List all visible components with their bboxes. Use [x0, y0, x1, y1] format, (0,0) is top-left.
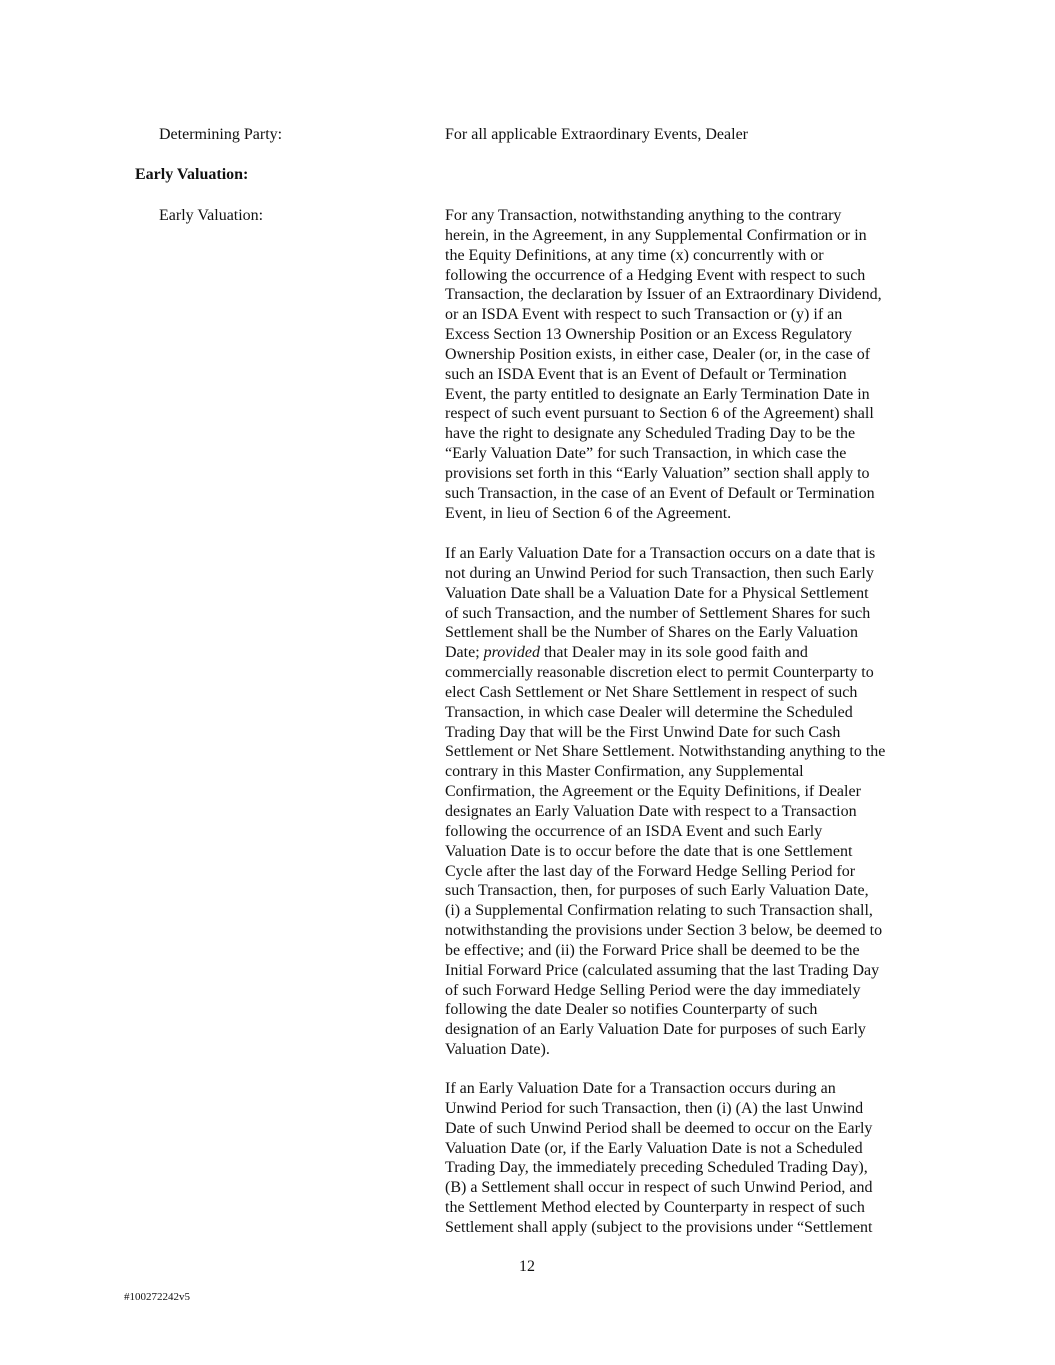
text-line: For any Transaction, notwithstanding any…: [445, 206, 935, 226]
text-line: Ownership Position exists, in either cas…: [445, 345, 935, 365]
text-line: not during an Unwind Period for such Tra…: [445, 564, 935, 584]
text-line: such Transaction, in the case of an Even…: [445, 484, 935, 504]
text-line: commercially reasonable discretion elect…: [445, 663, 935, 683]
early-valuation-label: Early Valuation:: [159, 206, 263, 226]
text-line: Initial Forward Price (calculated assumi…: [445, 961, 935, 981]
document-id: #100272242v5: [124, 1290, 190, 1304]
text-line: such Transaction, then, for purposes of …: [445, 881, 935, 901]
text-line: “Early Valuation Date” for such Transact…: [445, 444, 935, 464]
text-line: Valuation Date is to occur before the da…: [445, 842, 935, 862]
text-line: Event, in lieu of Section 6 of the Agree…: [445, 504, 935, 524]
text-line: following the date Dealer so notifies Co…: [445, 1000, 935, 1020]
document-page: Determining Party: For all applicable Ex…: [0, 0, 1055, 1365]
text-line: Confirmation, the Agreement or the Equit…: [445, 782, 935, 802]
text-line: Cycle after the last day of the Forward …: [445, 862, 935, 882]
page-number: 12: [519, 1257, 535, 1277]
text-fragment: Date;: [445, 644, 484, 661]
text-line: Trading Day that will be the First Unwin…: [445, 723, 935, 743]
text-line: the Equity Definitions, at any time (x) …: [445, 246, 935, 266]
text-line: Settlement shall apply (subject to the p…: [445, 1218, 935, 1238]
text-line: be effective; and (ii) the Forward Price…: [445, 941, 935, 961]
text-fragment: that Dealer may in its sole good faith a…: [540, 644, 808, 661]
text-line: provisions set forth in this “Early Valu…: [445, 464, 935, 484]
text-line: of such Transaction, and the number of S…: [445, 604, 935, 624]
text-line: of such Forward Hedge Selling Period wer…: [445, 981, 935, 1001]
text-line: Transaction, the declaration by Issuer o…: [445, 285, 935, 305]
text-line: the Settlement Method elected by Counter…: [445, 1198, 935, 1218]
early-valuation-paragraph-3: If an Early Valuation Date for a Transac…: [445, 1079, 935, 1238]
text-line: herein, in the Agreement, in any Supplem…: [445, 226, 935, 246]
text-line: elect Cash Settlement or Net Share Settl…: [445, 683, 935, 703]
text-line: Unwind Period for such Transaction, then…: [445, 1099, 935, 1119]
early-valuation-paragraph-2: If an Early Valuation Date for a Transac…: [445, 544, 935, 1060]
text-line: Valuation Date shall be a Valuation Date…: [445, 584, 935, 604]
text-line: Transaction, in which case Dealer will d…: [445, 703, 935, 723]
text-line: following the occurrence of a Hedging Ev…: [445, 266, 935, 286]
text-line: designates an Early Valuation Date with …: [445, 802, 935, 822]
text-line: respect of such event pursuant to Sectio…: [445, 404, 935, 424]
section-heading-early-valuation: Early Valuation:: [135, 165, 248, 185]
text-line: (B) a Settlement shall occur in respect …: [445, 1178, 935, 1198]
determining-party-value: For all applicable Extraordinary Events,…: [445, 125, 748, 145]
text-line: contrary in this Master Confirmation, an…: [445, 762, 935, 782]
text-line: Settlement shall be the Number of Shares…: [445, 623, 935, 643]
text-line: notwithstanding the provisions under Sec…: [445, 921, 935, 941]
text-line: such an ISDA Event that is an Event of D…: [445, 365, 935, 385]
text-line: (i) a Supplemental Confirmation relating…: [445, 901, 935, 921]
text-line: designation of an Early Valuation Date f…: [445, 1020, 935, 1040]
text-line: have the right to designate any Schedule…: [445, 424, 935, 444]
text-line: Excess Section 13 Ownership Position or …: [445, 325, 935, 345]
text-line: Trading Day, the immediately preceding S…: [445, 1158, 935, 1178]
text-line: If an Early Valuation Date for a Transac…: [445, 544, 935, 564]
text-line: Settlement or Net Share Settlement. Notw…: [445, 742, 935, 762]
text-line: If an Early Valuation Date for a Transac…: [445, 1079, 935, 1099]
determining-party-label: Determining Party:: [159, 125, 282, 145]
text-line: Date of such Unwind Period shall be deem…: [445, 1119, 935, 1139]
text-line: or an ISDA Event with respect to such Tr…: [445, 305, 935, 325]
text-line: Valuation Date (or, if the Early Valuati…: [445, 1139, 935, 1159]
italic-term-provided: provided: [484, 644, 540, 661]
text-line: Event, the party entitled to designate a…: [445, 385, 935, 405]
text-line: following the occurrence of an ISDA Even…: [445, 822, 935, 842]
text-line: Valuation Date).: [445, 1040, 935, 1060]
text-line-with-italic: Date; provided that Dealer may in its so…: [445, 643, 935, 663]
early-valuation-paragraph-1: For any Transaction, notwithstanding any…: [445, 206, 935, 524]
